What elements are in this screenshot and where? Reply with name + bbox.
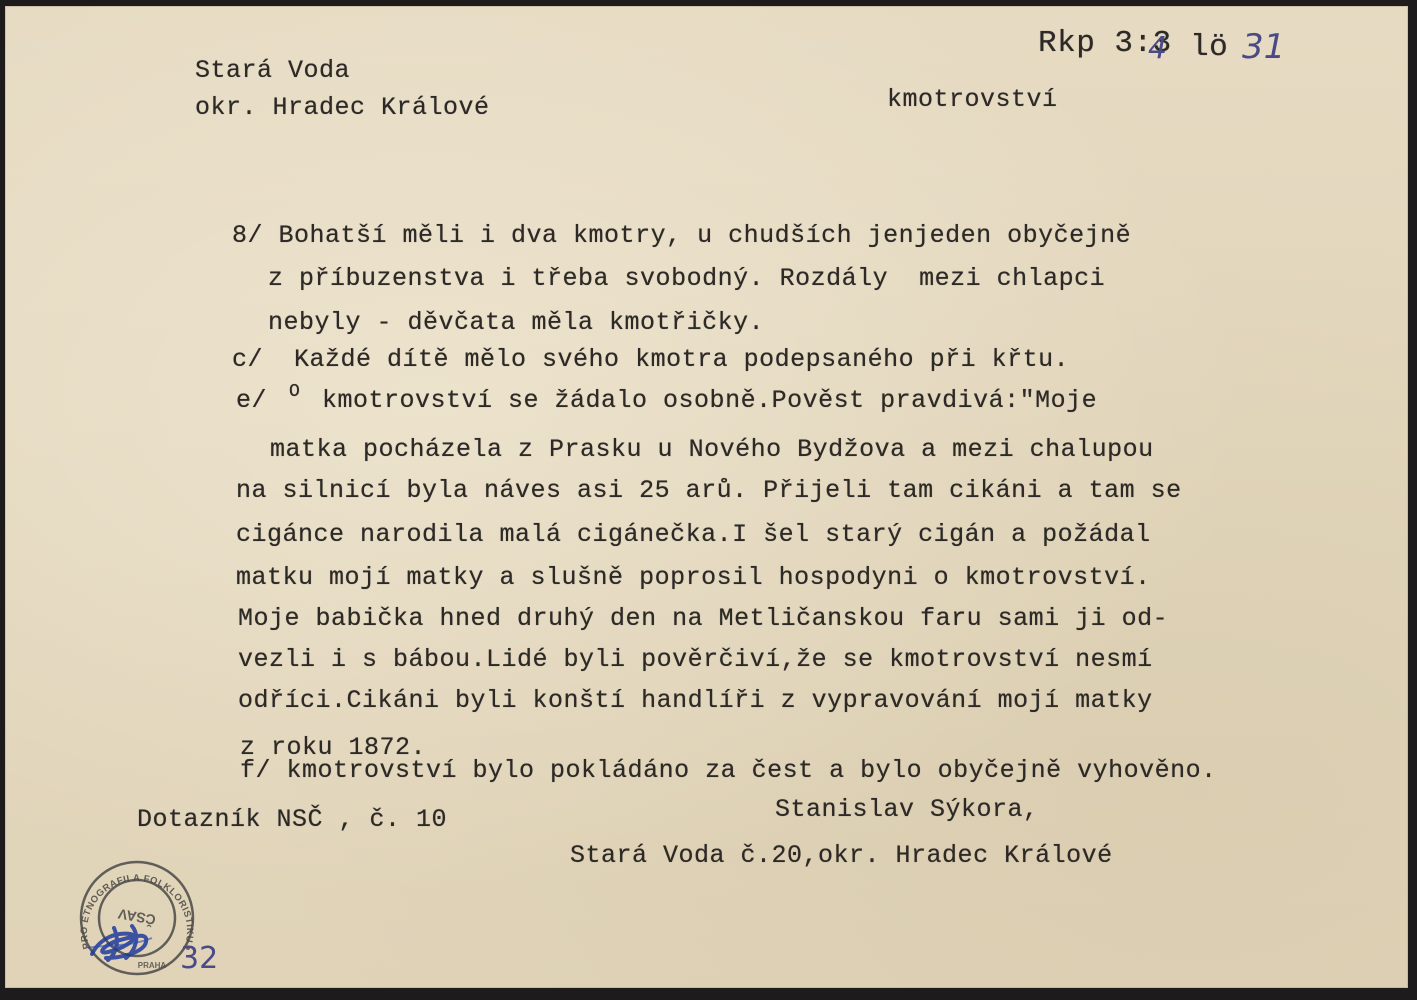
- archive-ref-correction: 4: [1148, 34, 1167, 64]
- body-line: Moje babička hned druhý den na Metličans…: [238, 606, 1168, 631]
- body-line: c/ Každé dítě mělo svého kmotra podepsan…: [232, 347, 1069, 372]
- body-line-o: O: [289, 383, 300, 401]
- body-line: z příbuzenstva i třeba svobodný. Rozdály…: [268, 266, 1105, 291]
- body-line: cigánce narodila malá cigánečka.I šel st…: [236, 522, 1151, 547]
- archive-ref-suffix: lö: [1190, 32, 1228, 63]
- signature-name: Stanislav Sýkora,: [775, 797, 1039, 822]
- topic-label: kmotrovství: [887, 87, 1058, 112]
- page-number-handwritten: 32: [180, 944, 218, 974]
- body-line: odříci.Cikáni byli konští handlíři z vyp…: [238, 688, 1153, 713]
- ink-scribble-mark: [86, 918, 156, 963]
- body-line: nebyly - děvčata měla kmotřičky.: [268, 310, 764, 335]
- body-line: matka pocházela z Prasku u Nového Bydžov…: [270, 437, 1154, 462]
- signature-address: Stará Voda č.20,okr. Hradec Králové: [570, 843, 1113, 868]
- archive-ref-number: 31: [1242, 30, 1285, 64]
- body-line: na silnicí byla náves asi 25 arů. Přijel…: [236, 478, 1182, 503]
- body-line-label: e/: [236, 388, 267, 413]
- body-line: 8/ Bohatší měli i dva kmotry, u chudších…: [232, 223, 1131, 248]
- place-line-2: okr. Hradec Králové: [195, 95, 490, 120]
- body-line: vezli i s bábou.Lidé byli pověrčiví,že s…: [238, 647, 1153, 672]
- questionnaire-ref: Dotazník NSČ , č. 10: [137, 807, 447, 832]
- body-line: kmotrovství se žádalo osobně.Pověst prav…: [322, 388, 1097, 413]
- body-line: matku mojí matky a slušně poprosil hospo…: [236, 565, 1151, 590]
- body-line: f/ kmotrovství bylo pokládáno za čest a …: [240, 758, 1217, 783]
- place-line-1: Stará Voda: [195, 58, 350, 83]
